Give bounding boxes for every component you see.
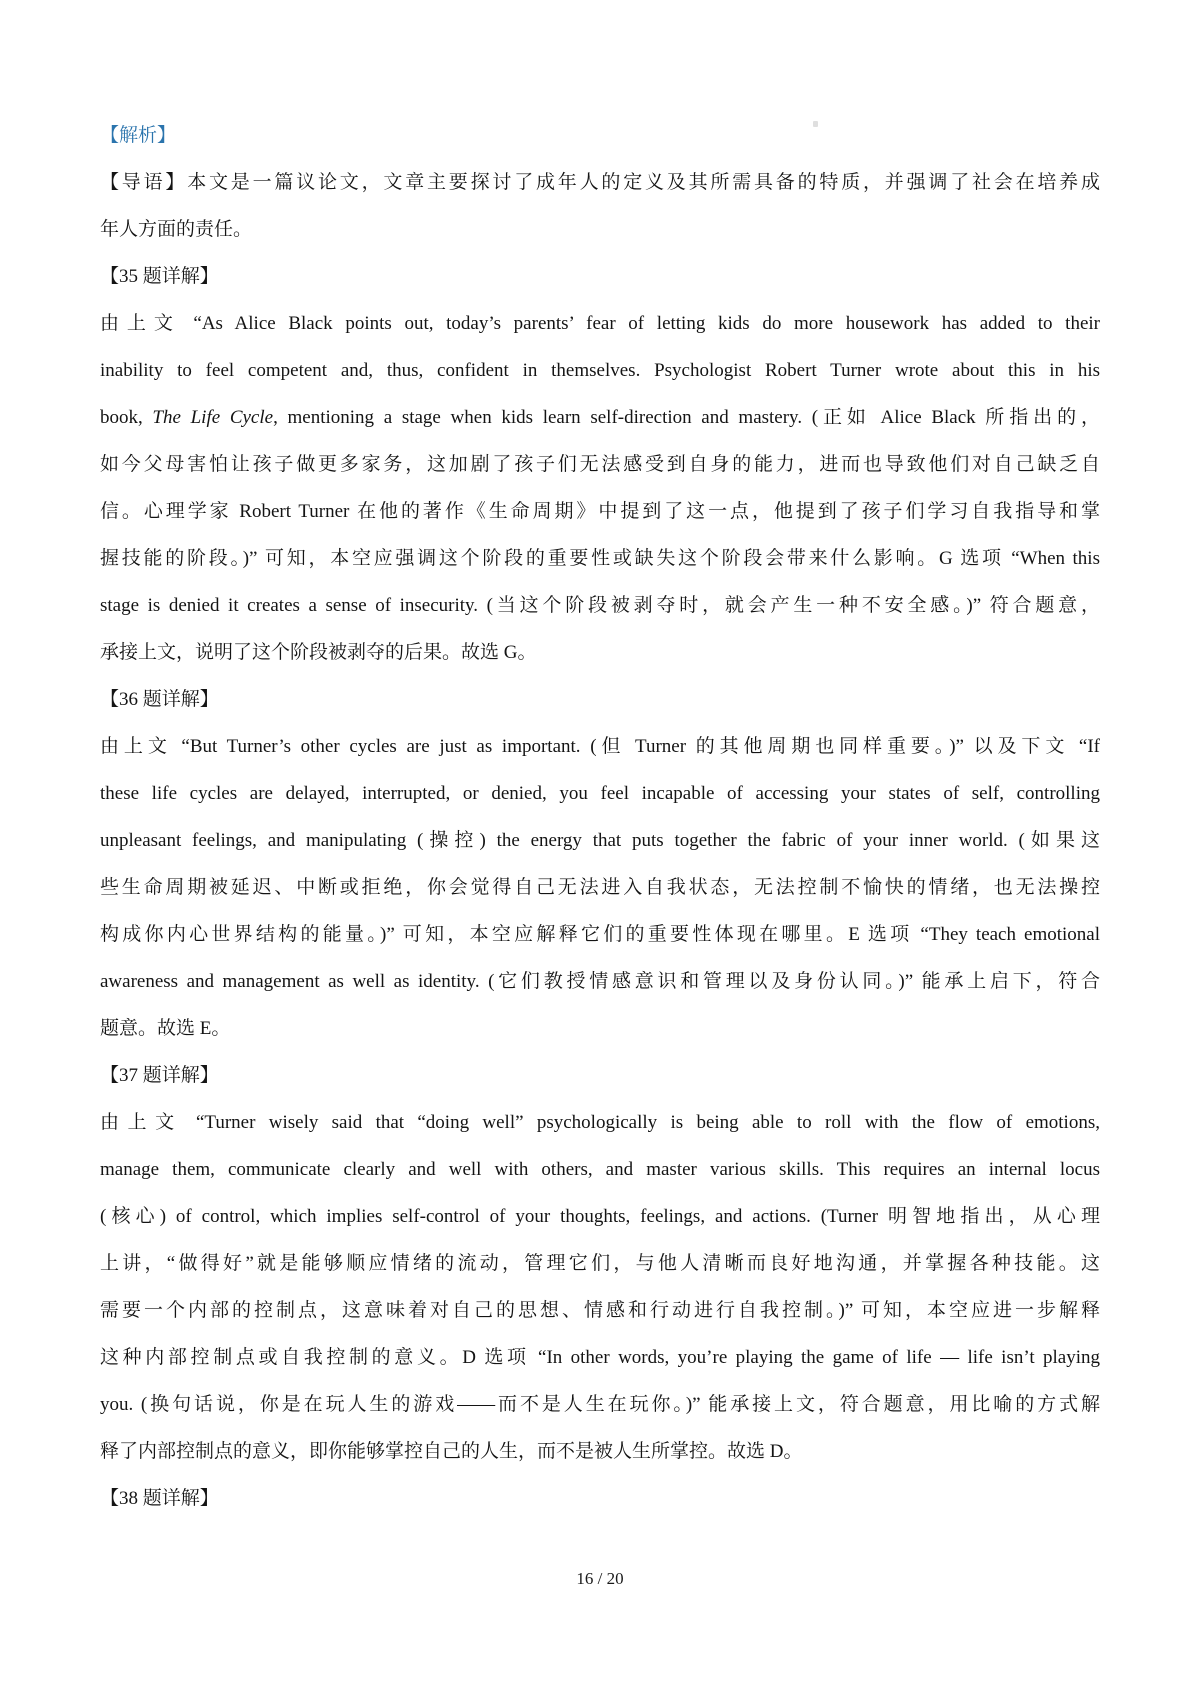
text-line: these life cycles are delayed, interrupt… (100, 770, 1100, 817)
text-line: manage them, communicate clearly and wel… (100, 1146, 1100, 1193)
text-line: 上讲，“做得好”就是能够顺应情绪的流动，管理它们，与他人清晰而良好地沟通，并掌握… (100, 1240, 1100, 1287)
text-line: 由上文 “As Alice Black points out, today’s … (100, 300, 1100, 347)
text-line: 握技能的阶段。)” 可知，本空应强调这个阶段的重要性或缺失这个阶段会带来什么影响… (100, 535, 1100, 582)
intro-line: 【导语】本文是一篇议论文，文章主要探讨了成年人的定义及其所需具备的特质，并强调了… (100, 159, 1100, 206)
text-line: book, The Life Cycle, mentioning a stage… (100, 394, 1100, 441)
text-line: 题意。故选 E。 (100, 1005, 1100, 1052)
text-line: 由上文 “But Turner’s other cycles are just … (100, 723, 1100, 770)
text-segment: , mentioning a stage when kids learn sel… (273, 407, 1100, 428)
text-line: 需要一个内部的控制点，这意味着对自己的思想、情感和行动进行自我控制。)” 可知，… (100, 1287, 1100, 1334)
text-line: inability to feel competent and, thus, c… (100, 347, 1100, 394)
section-header-q37: 【37 题详解】 (100, 1052, 1100, 1099)
section-header-q36: 【36 题详解】 (100, 676, 1100, 723)
section-header-q35: 【35 题详解】 (100, 253, 1100, 300)
text-line: you. (换句话说，你是在玩人生的游戏——而不是人生在玩你。)” 能承接上文，… (100, 1381, 1100, 1428)
document-page: { "page": { "accent_color": "#2B74AD", "… (0, 0, 1200, 1697)
page-footer: 16 / 20 (0, 1568, 1200, 1590)
text-line: (核心) of control, which implies self-cont… (100, 1193, 1100, 1240)
text-line: 构成你内心世界结构的能量。)” 可知，本空应解释它们的重要性体现在哪里。E 选项… (100, 911, 1100, 958)
text-line: stage is denied it creates a sense of in… (100, 582, 1100, 629)
text-line: 由上文 “Turner wisely said that “doing well… (100, 1099, 1100, 1146)
analysis-header: 【解析】 (100, 112, 1100, 159)
text-segment: book, (100, 407, 152, 428)
book-title: The Life Cycle (152, 407, 273, 428)
text-line: unpleasant feelings, and manipulating (操… (100, 817, 1100, 864)
text-line: 些生命周期被延迟、中断或拒绝，你会觉得自己无法进入自我状态，无法控制不愉快的情绪… (100, 864, 1100, 911)
text-line: awareness and management as well as iden… (100, 958, 1100, 1005)
text-line: 如今父母害怕让孩子做更多家务，这加剧了孩子们无法感受到自身的能力，进而也导致他们… (100, 441, 1100, 488)
page-number: 16 / 20 (576, 1569, 623, 1588)
text-line: 信。心理学家 Robert Turner 在他的著作《生命周期》中提到了这一点，… (100, 488, 1100, 535)
text-line: 这种内部控制点或自我控制的意义。D 选项 “In other words, yo… (100, 1334, 1100, 1381)
text-line: 释了内部控制点的意义，即你能够掌控自己的人生，而不是被人生所掌控。故选 D。 (100, 1428, 1100, 1475)
text-line: 承接上文，说明了这个阶段被剥夺的后果。故选 G。 (100, 629, 1100, 676)
intro-line: 年人方面的责任。 (100, 206, 1100, 253)
answer-explanations: 【解析】 【导语】本文是一篇议论文，文章主要探讨了成年人的定义及其所需具备的特质… (100, 112, 1100, 1522)
section-header-q38: 【38 题详解】 (100, 1475, 1100, 1522)
